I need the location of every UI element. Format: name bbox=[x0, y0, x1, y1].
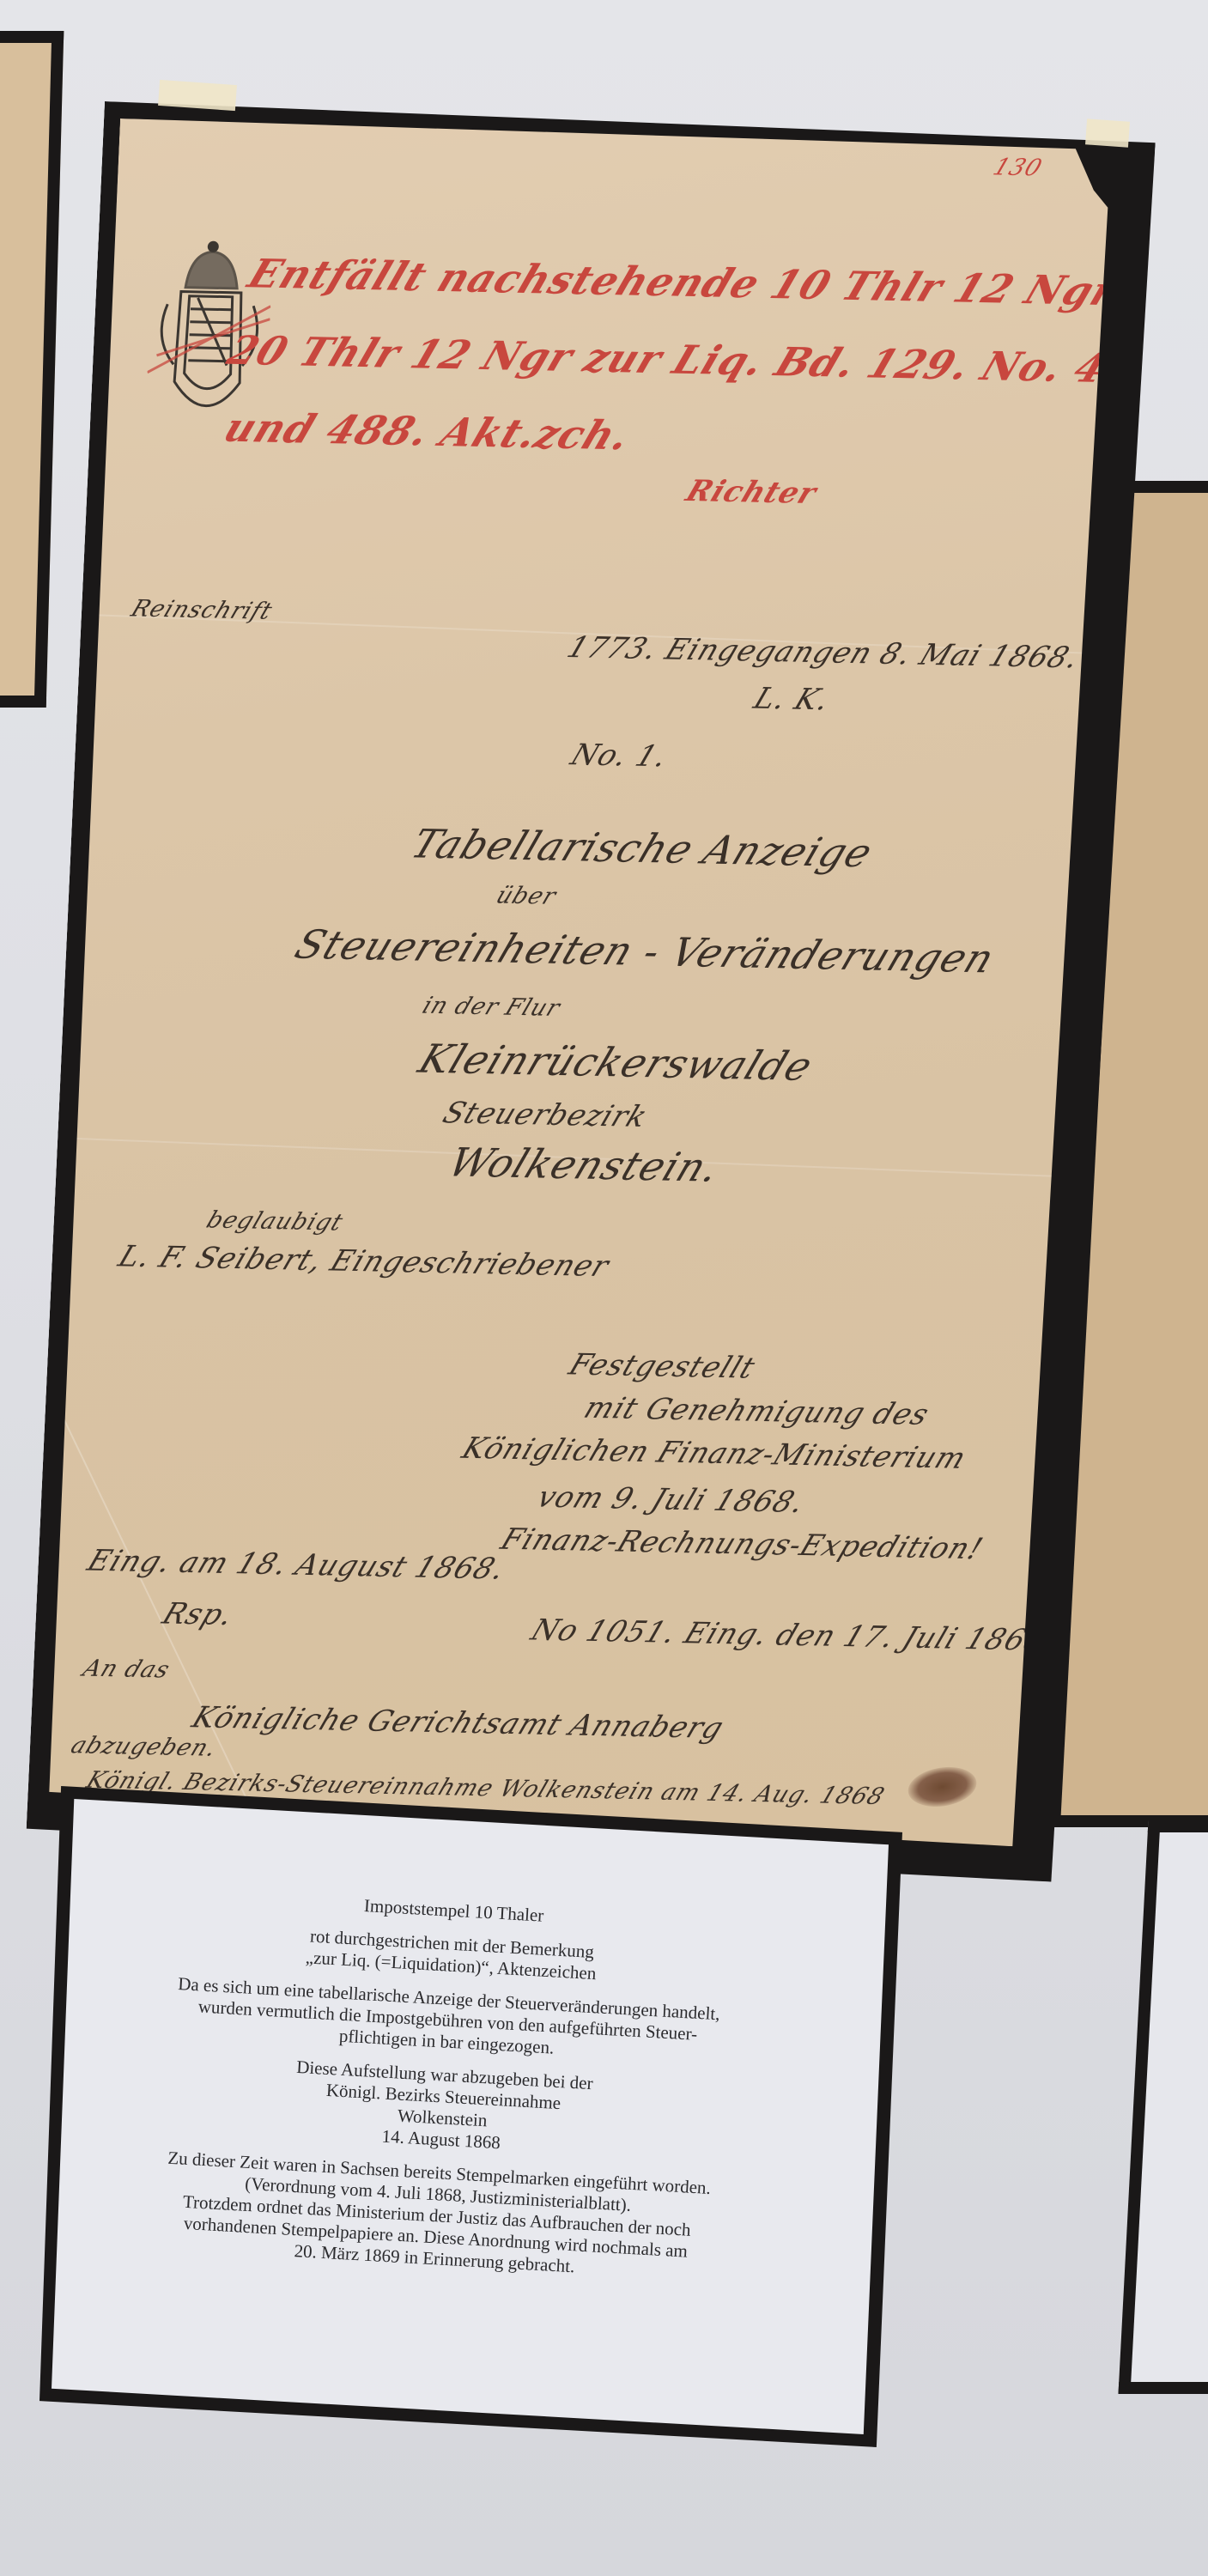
title-line: Steuerbezirk bbox=[438, 1096, 653, 1134]
margin-note: Reinschrift bbox=[127, 596, 276, 625]
ink-stain bbox=[906, 1763, 979, 1812]
forward-note-line: An das bbox=[79, 1656, 173, 1684]
title-line: in der Flur bbox=[419, 993, 564, 1022]
red-annotation-line: 20 Thlr 12 Ngr zur Liq. Bd. 129. No. 487 bbox=[222, 327, 1116, 392]
approval-line: Festgestellt bbox=[564, 1347, 760, 1385]
submitted-by-line: beglaubigt bbox=[203, 1207, 347, 1236]
header-line: 1773. Eingegangen 8. Mai 1868. bbox=[562, 630, 1084, 675]
forward-note-line: Königliche Gerichtsamt Annaberg bbox=[187, 1700, 729, 1746]
reply-label: Rsp. bbox=[158, 1597, 239, 1632]
title-line: Wolkenstein. bbox=[442, 1139, 726, 1191]
approval-line: mit Genehmigung des bbox=[580, 1391, 934, 1432]
approval-line: Königlichen Finanz-Ministerium bbox=[458, 1431, 972, 1476]
title-line: Steuereinheiten - Veränderungen bbox=[289, 921, 1002, 982]
submitted-by-line: L. F. Seibert, Eingeschriebener bbox=[113, 1239, 614, 1284]
title-line: Tabellarische Anzeige bbox=[405, 821, 879, 877]
approval-line: Finanz-Rechnungs-Expedition! bbox=[496, 1522, 988, 1566]
folio-number: 130 bbox=[989, 154, 1046, 181]
received-stamp-left: Eing. am 18. August 1868. bbox=[82, 1544, 510, 1587]
red-annotation-signature: Richter bbox=[681, 474, 822, 511]
approval-line: vom 9. Juli 1868. bbox=[532, 1480, 810, 1520]
historical-document: 130 Entfällt nachstehende 10 Thlr 12 Ngr… bbox=[43, 118, 1116, 1847]
caption-text: Impoststempel 10 Thaler rot durchgestric… bbox=[82, 1880, 806, 2301]
document-number: No. 1. bbox=[566, 738, 672, 774]
title-line: Kleinrückerswalde bbox=[413, 1036, 820, 1090]
red-annotation-line: und 488. Akt.zch. bbox=[218, 404, 637, 459]
tape-strip bbox=[1085, 118, 1130, 147]
title-line: über bbox=[493, 883, 561, 910]
red-annotation-line: Entfällt nachstehende 10 Thlr 12 Ngr auf bbox=[242, 250, 1116, 316]
received-stamp-right: No 1051. Eing. den 17. Juli 1868. bbox=[526, 1613, 1061, 1658]
tape-strip bbox=[158, 80, 237, 111]
initials: L. K. bbox=[749, 682, 835, 717]
forward-note-line: abzugeben. bbox=[67, 1732, 221, 1761]
